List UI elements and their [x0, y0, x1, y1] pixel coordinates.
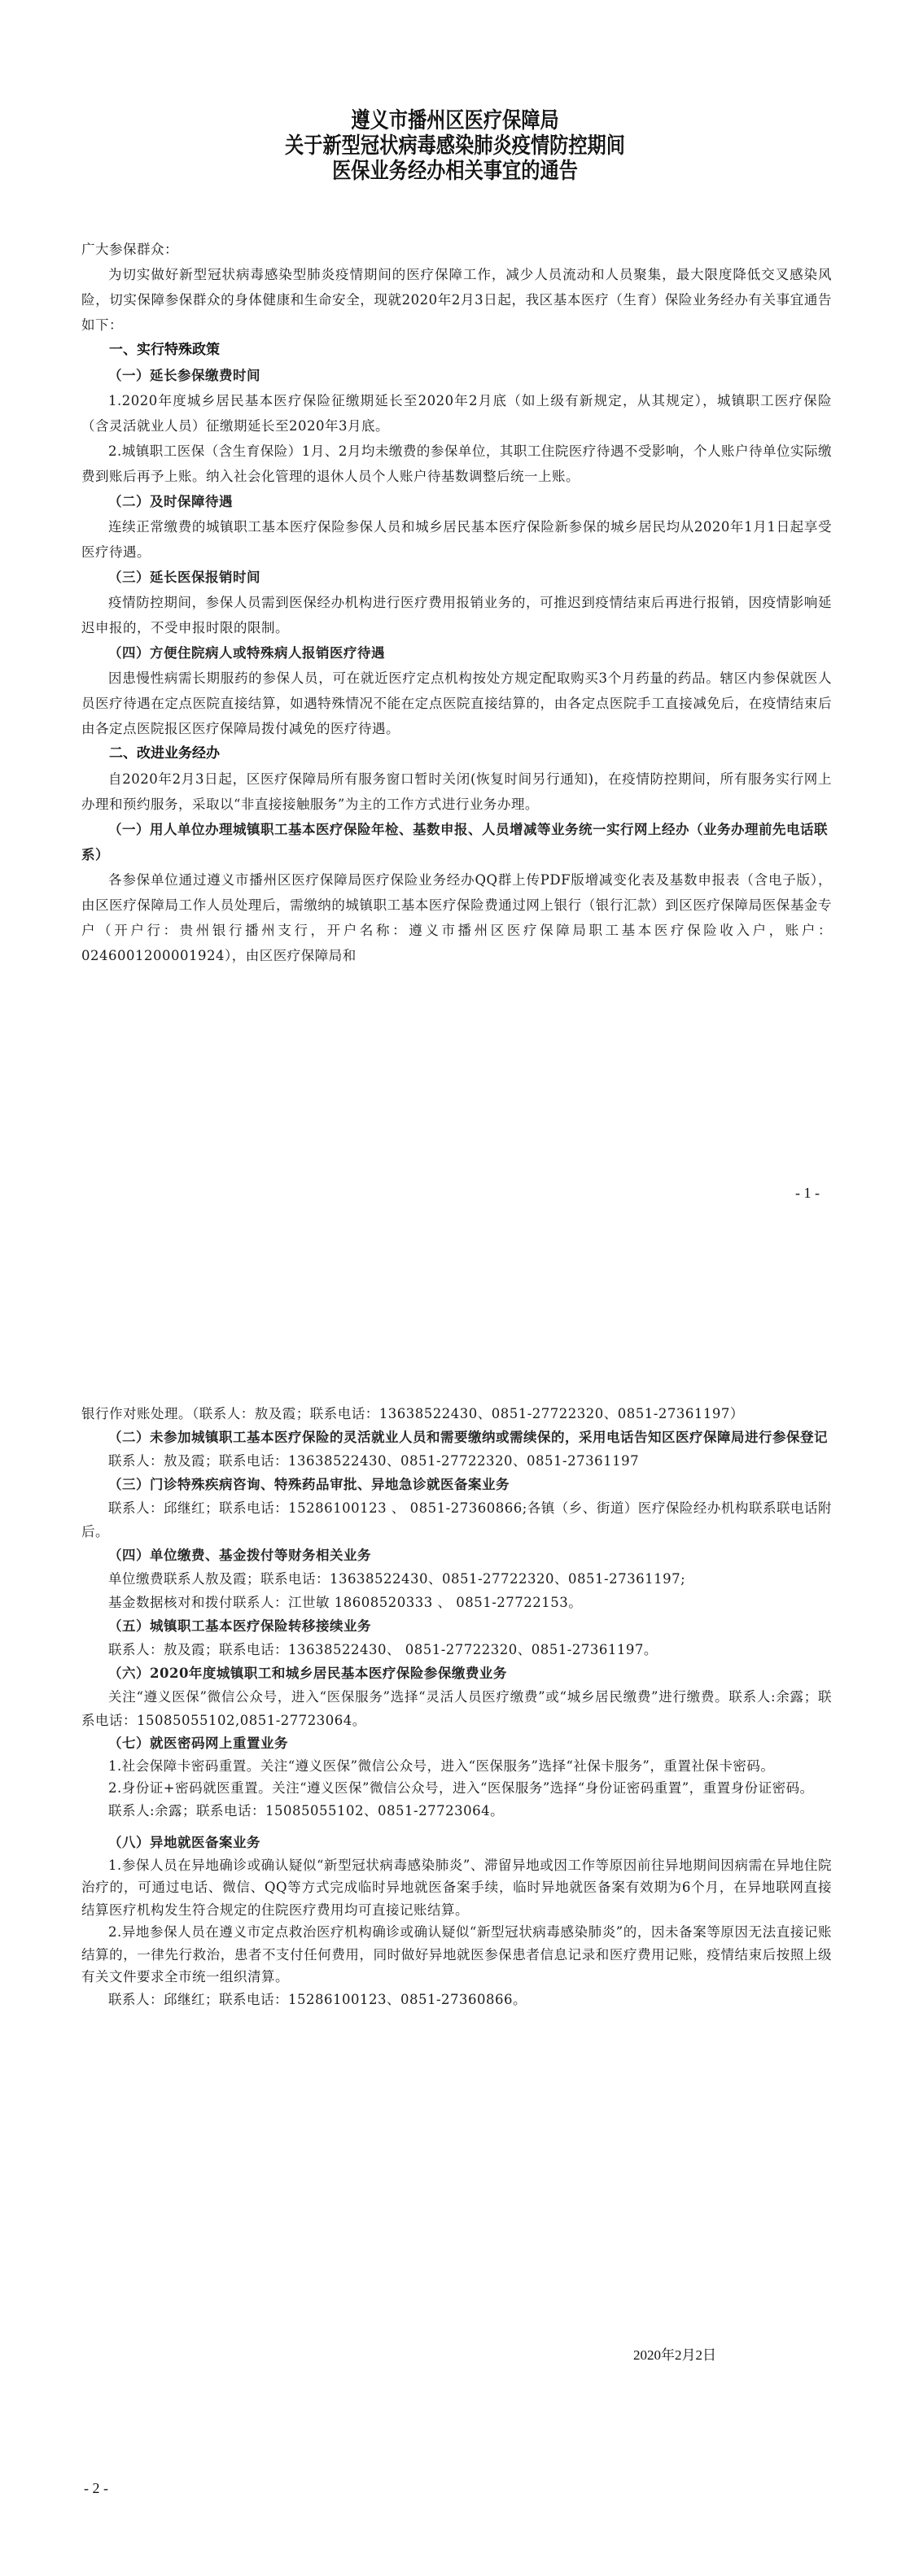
section-2-sub-6-heading: （六）2020年度城镇职工和城乡居民基本医疗保险参保缴费业务 [81, 1661, 832, 1685]
section-1-sub-1-p2: 2.城镇职工医保（含生育保险）1月、2月均未缴费的参保单位，其职工住院医疗待遇不… [81, 439, 832, 489]
section-2-sub-5-contact: 联系人：敖及霞；联系电话：13638522430、 0851-27722320、… [81, 1638, 832, 1661]
section-2-intro: 自2020年2月3日起，区医疗保障局所有服务窗口暂时关闭(恢复时间另行通知)，在… [81, 766, 832, 817]
section-2-sub-6-p1: 关注“遵义医保”微信公众号，进入“医保服务”选择“灵活人员医疗缴费”或“城乡居民… [81, 1685, 832, 1732]
section-2-sub-7-p2: 2.身份证+密码就医重置。关注“遵义医保”微信公众号，进入“医保服务”选择“身份… [81, 1777, 832, 1800]
section-1-heading: 一、实行特殊政策 [81, 338, 832, 363]
section-2-sub-1-p1-part2: 银行作对账处理。（联系人：敖及霞；联系电话：13638522430、0851-2… [81, 1402, 832, 1426]
section-1-sub-3-heading: （三）延长医保报销时间 [81, 565, 832, 590]
section-2-sub-7-contact: 联系人:余露；联系电话：15085055102、0851-27723064。 [81, 1800, 832, 1823]
section-1-sub-1-p1: 1.2020年度城乡居民基本医疗保险征缴期延长至2020年2月底（如上级有新规定… [81, 388, 832, 439]
salutation: 广大参保群众： [81, 237, 832, 262]
document-date: 2020年2月2日 [633, 2343, 716, 2364]
section-2-sub-2-heading: （二）未参加城镇职工基本医疗保险的灵活就业人员和需要缴纳或需续保的，采用电话告知… [81, 1426, 832, 1449]
page1-body: 广大参保群众： 为切实做好新型冠状病毒感染型肺炎疫情期间的医疗保障工作，减少人员… [81, 237, 832, 968]
section-1-sub-4-heading: （四）方便住院病人或特殊病人报销医疗待遇 [81, 640, 832, 666]
section-2-sub-1-heading: （一）用人单位办理城镇职工基本医疗保险年检、基数申报、人员增减等业务统一实行网上… [81, 817, 832, 867]
section-2-sub-7-heading: （七）就医密码网上重置业务 [81, 1732, 832, 1755]
section-2-sub-4-contact-1: 单位缴费联系人敖及霞；联系电话：13638522430、0851-2772232… [81, 1567, 832, 1591]
section-1-sub-1-heading: （一）延长参保缴费时间 [81, 363, 832, 388]
section-2-sub-1-p1-part1: 各参保单位通过遵义市播州区医疗保障局医疗保险业务经办QQ群上传PDF版增减变化表… [81, 867, 832, 968]
section-1-sub-2-heading: （二）及时保障待遇 [81, 489, 832, 514]
section-1-sub-4-p1: 因患慢性病需长期服药的参保人员，可在就近医疗定点机构按处方规定配取购买3个月药量… [81, 666, 832, 741]
section-2-sub-8-p1: 1.参保人员在异地确诊或确认疑似“新型冠状病毒感染肺炎”、滞留异地或因工作等原因… [81, 1854, 832, 1922]
section-2-sub-3-heading: （三）门诊特殊疾病咨询、特殊药品审批、异地急诊就医备案业务 [81, 1473, 832, 1496]
page-number-2: - 2 - [84, 2480, 108, 2497]
section-2-sub-3-contact: 联系人：邱继红；联系电话：15286100123 、 0851-27360866… [81, 1496, 832, 1543]
document-page-1: 遵义市播州区医疗保障局 关于新型冠状病毒感染肺炎疫情防控期间 医保业务经办相关事… [0, 0, 910, 1220]
section-2-sub-7-p1: 1.社会保障卡密码重置。关注“遵义医保”微信公众号，进入“医保服务”选择“社保卡… [81, 1755, 832, 1778]
title-line-3: 医保业务经办相关事宜的通告 [63, 159, 846, 184]
page2-body: 银行作对账处理。（联系人：敖及霞；联系电话：13638522430、0851-2… [81, 1402, 832, 2011]
section-1-sub-3-p1: 疫情防控期间，参保人员需到医保经办机构进行医疗费用报销业务的，可推迟到疫情结束后… [81, 590, 832, 640]
page-number-1: - 1 - [795, 1185, 820, 1202]
section-2-sub-4-contact-2: 基金数据核对和拨付联系人：江世敏 18608520333 、 0851-2772… [81, 1591, 832, 1614]
document-page-2: 银行作对账处理。（联系人：敖及霞；联系电话：13638522430、0851-2… [0, 1220, 910, 2576]
section-1-sub-2-p1: 连续正常缴费的城镇职工基本医疗保险参保人员和城乡居民基本医疗保险新参保的城乡居民… [81, 514, 832, 565]
section-2-sub-8-p2: 2.异地参保人员在遵义市定点救治医疗机构确诊或确认疑似“新型冠状病毒感染肺炎”的… [81, 1921, 832, 1989]
section-2-sub-5-heading: （五）城镇职工基本医疗保险转移接续业务 [81, 1614, 832, 1638]
title-line-2: 关于新型冠状病毒感染肺炎疫情防控期间 [63, 133, 846, 159]
section-2-sub-4-heading: （四）单位缴费、基金拨付等财务相关业务 [81, 1543, 832, 1567]
section-2-sub-8-heading: （八）异地就医备案业务 [81, 1832, 832, 1854]
intro-paragraph: 为切实做好新型冠状病毒感染型肺炎疫情期间的医疗保障工作，减少人员流动和人员聚集，… [81, 262, 832, 338]
section-2-sub-8-contact: 联系人：邱继红；联系电话：15286100123、0851-27360866。 [81, 1989, 832, 2011]
section-2-sub-2-contact: 联系人：敖及霞；联系电话：13638522430、0851-27722320、0… [81, 1449, 832, 1473]
title-line-1: 遵义市播州区医疗保障局 [63, 108, 846, 133]
section-2-heading: 二、改进业务经办 [81, 741, 832, 766]
